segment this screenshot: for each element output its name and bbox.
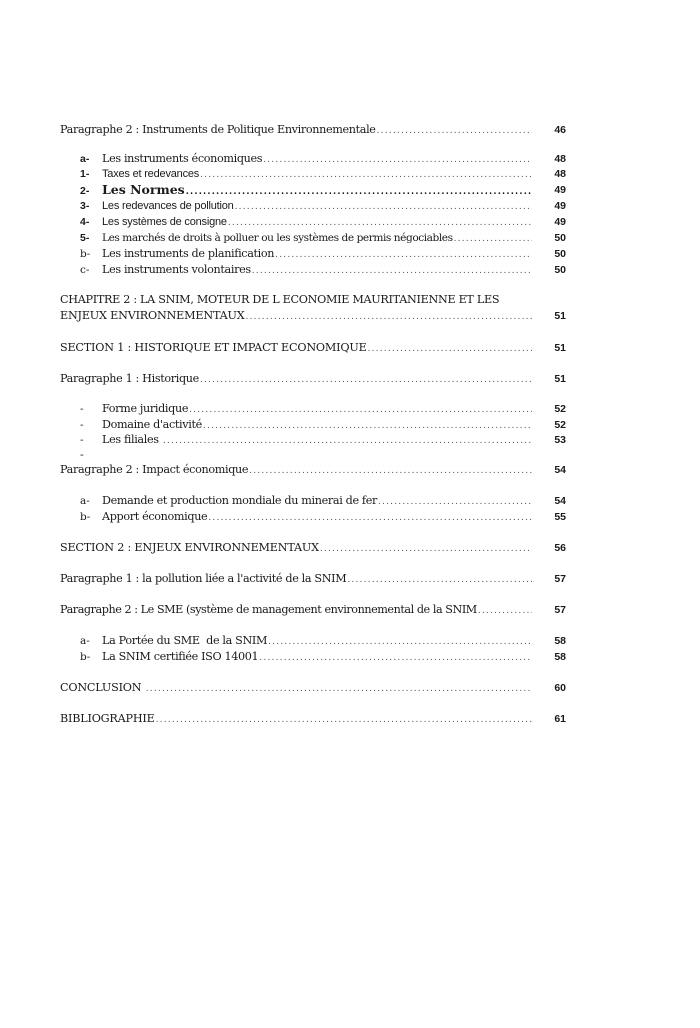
toc-entry-demande-production[interactable]: a-Demande et production mondiale du mine…: [60, 493, 566, 509]
toc-entry-label: SECTION 1 : HISTORIQUE ET IMPACT ECONOMI…: [60, 340, 367, 356]
toc-entry-label: Les instruments de planification: [102, 246, 274, 262]
toc-marker: 4-: [80, 214, 102, 230]
toc-entry-chapitre-2[interactable]: CHAPITRE 2 : LA SNIM, MOTEUR DE L ECONOM…: [60, 292, 566, 324]
toc-entry-instruments-planification[interactable]: b-Les instruments de planification 50: [60, 246, 566, 262]
toc-entry-label: Demande et production mondiale du minera…: [102, 493, 377, 509]
toc-entry-bibliographie[interactable]: BIBLIOGRAPHIE 61: [60, 711, 566, 727]
dot-leader: [156, 712, 532, 727]
dot-leader: [320, 541, 532, 556]
toc-page-number: 58: [536, 649, 566, 665]
toc-marker: 2-: [80, 183, 102, 198]
dot-leader: [377, 123, 532, 138]
toc-page-number: 61: [536, 711, 566, 727]
toc-entry-label: CONCLUSION: [60, 680, 145, 696]
toc-entry-section-1[interactable]: SECTION 1 : HISTORIQUE ET IMPACT ECONOMI…: [60, 340, 566, 356]
toc-marker: c-: [80, 262, 102, 278]
toc-entry-paragraphe-2-impact[interactable]: Paragraphe 2 : Impact économique 54: [60, 462, 566, 478]
toc-page-number: 54: [536, 493, 566, 509]
toc-entry-taxes-redevances[interactable]: 1-Taxes et redevances 48: [60, 166, 566, 182]
toc-entry-label: Paragraphe 2 : Instruments de Politique …: [60, 122, 376, 138]
dot-leader: [368, 341, 532, 356]
toc-entry-paragraphe-2-sme[interactable]: Paragraphe 2 : Le SME (système de manage…: [60, 602, 566, 618]
dot-leader: [189, 402, 532, 417]
toc-entry-label: Domaine d'activité: [102, 417, 202, 433]
toc-entry-label: Paragraphe 2 : Impact économique: [60, 462, 248, 478]
toc-page-number: 52: [536, 417, 566, 433]
toc-marker: 1-: [80, 166, 102, 182]
toc-marker: -: [80, 401, 102, 417]
toc-entry-portee-sme[interactable]: a-La Portée du SME de la SNIM 58: [60, 633, 566, 649]
dot-leader: [259, 650, 532, 665]
toc-entry-les-normes[interactable]: 2-Les Normes 49: [60, 182, 566, 198]
toc-page-number: 49: [536, 198, 566, 214]
toc-page-number: 48: [536, 166, 566, 182]
toc-marker: a-: [80, 151, 102, 167]
toc-page-number: 55: [536, 509, 566, 525]
toc-page-number: 49: [536, 214, 566, 230]
dot-leader: [200, 167, 532, 182]
toc-entry-paragraphe-1-pollution[interactable]: Paragraphe 1 : la pollution liée a l'act…: [60, 571, 566, 587]
toc-entry-label: Les instruments volontaires: [102, 262, 251, 278]
toc-page-number: 60: [536, 680, 566, 696]
toc-entry-label: Paragraphe 1 : Historique: [60, 371, 199, 387]
dot-leader: [252, 263, 532, 278]
table-of-contents-page: Paragraphe 2 : Instruments de Politique …: [0, 0, 700, 1028]
toc-marker: 3-: [80, 198, 102, 214]
toc-entry-label: Les systèmes de consigne: [102, 214, 227, 230]
toc-entry-label: Forme juridique: [102, 401, 188, 417]
dot-leader: [235, 199, 532, 214]
toc-entry-label: BIBLIOGRAPHIE: [60, 711, 155, 727]
toc-marker: a-: [80, 633, 102, 649]
toc-entry-marches-droits[interactable]: 5-Les marchés de droits à polluer ou les…: [60, 230, 566, 246]
dot-leader: [249, 463, 532, 478]
toc-entry-paragraphe-2-instruments[interactable]: Paragraphe 2 : Instruments de Politique …: [60, 122, 566, 138]
toc-marker: b-: [80, 509, 102, 525]
toc-entry-conclusion[interactable]: CONCLUSION 60: [60, 680, 566, 696]
dot-leader: [186, 184, 532, 198]
toc-entry-paragraphe-1-historique[interactable]: Paragraphe 1 : Historique 51: [60, 371, 566, 387]
toc-marker: a-: [80, 493, 102, 509]
toc-entry-label: Les Normes: [102, 182, 185, 198]
toc-page-number: 56: [536, 540, 566, 556]
toc-marker: -: [80, 417, 102, 433]
dot-leader: [245, 309, 532, 324]
dot-leader: [347, 572, 532, 587]
toc-marker: b-: [80, 246, 102, 262]
toc-entry-section-2[interactable]: SECTION 2 : ENJEUX ENVIRONNEMENTAUX 56: [60, 540, 566, 556]
toc-page-number: 49: [536, 182, 566, 198]
toc-marker: -: [80, 432, 102, 448]
toc-page-number: 50: [536, 230, 566, 246]
dot-leader: [208, 510, 532, 525]
toc-marker: 5-: [80, 230, 102, 246]
toc-entry-les-filiales[interactable]: -Les filiales 53: [60, 432, 566, 448]
toc-page-number: 52: [536, 401, 566, 417]
toc-page-number: 50: [536, 262, 566, 278]
toc-page-number: 54: [536, 462, 566, 478]
toc-entry-label: La Portée du SME de la SNIM: [102, 633, 267, 649]
toc-entry-label: Les instruments économiques: [102, 151, 262, 167]
dot-leader: [163, 433, 532, 448]
toc-entry-apport-economique[interactable]: b-Apport économique 55: [60, 509, 566, 525]
toc-entry-label: Les filiales: [102, 432, 162, 448]
dot-leader: [378, 494, 532, 509]
toc-entry-label-line1: CHAPITRE 2 : LA SNIM, MOTEUR DE L ECONOM…: [60, 292, 499, 308]
toc-page-number: 46: [536, 122, 566, 138]
toc-page-number: 58: [536, 633, 566, 649]
dot-leader: [263, 152, 532, 167]
dot-leader: [478, 603, 532, 618]
toc-entry-label: Apport économique: [102, 509, 207, 525]
toc-entry-instruments-economiques[interactable]: a-Les instruments économiques 48: [60, 151, 566, 167]
toc-entry-forme-juridique[interactable]: -Forme juridique 52: [60, 401, 566, 417]
toc-entry-label: ENJEUX ENVIRONNEMENTAUX: [60, 308, 244, 324]
toc-page-number: 57: [536, 571, 566, 587]
toc-entry-label: Paragraphe 1 : la pollution liée a l'act…: [60, 571, 346, 587]
toc-page-number: 51: [536, 340, 566, 356]
toc-entry-label: SECTION 2 : ENJEUX ENVIRONNEMENTAUX: [60, 540, 319, 556]
toc-entry-redevances-pollution[interactable]: 3-Les redevances de pollution 49: [60, 198, 566, 214]
toc-entry-iso-14001[interactable]: b-La SNIM certifiée ISO 14001 58: [60, 649, 566, 665]
toc-entry-instruments-volontaires[interactable]: c-Les instruments volontaires 50: [60, 262, 566, 278]
toc-entry-label: Paragraphe 2 : Le SME (système de manage…: [60, 602, 477, 618]
dot-leader: [228, 215, 532, 230]
toc-page-number: 57: [536, 602, 566, 618]
toc-entry-label: La SNIM certifiée ISO 14001: [102, 649, 258, 665]
toc-entry-systemes-consigne[interactable]: 4-Les systèmes de consigne 49: [60, 214, 566, 230]
dot-leader: [275, 247, 532, 262]
toc-entry-domaine-activite[interactable]: -Domaine d'activité 52: [60, 417, 566, 433]
dot-leader: [454, 231, 532, 246]
dot-leader: [200, 372, 532, 387]
toc-entry-label: Les redevances de pollution: [102, 198, 234, 214]
toc-page-number: 51: [536, 308, 566, 324]
dot-leader: [146, 681, 532, 696]
toc-page-number: 50: [536, 246, 566, 262]
toc-page-number: 51: [536, 371, 566, 387]
dot-leader: [268, 634, 532, 649]
dot-leader: [203, 418, 532, 433]
toc-page-number: 48: [536, 151, 566, 167]
orphan-dash: -: [80, 447, 84, 463]
toc-entry-label: Taxes et redevances: [102, 166, 199, 182]
toc-entry-label: Les marchés de droits à polluer ou les s…: [102, 230, 453, 246]
toc-marker: b-: [80, 649, 102, 665]
toc-page-number: 53: [536, 432, 566, 448]
